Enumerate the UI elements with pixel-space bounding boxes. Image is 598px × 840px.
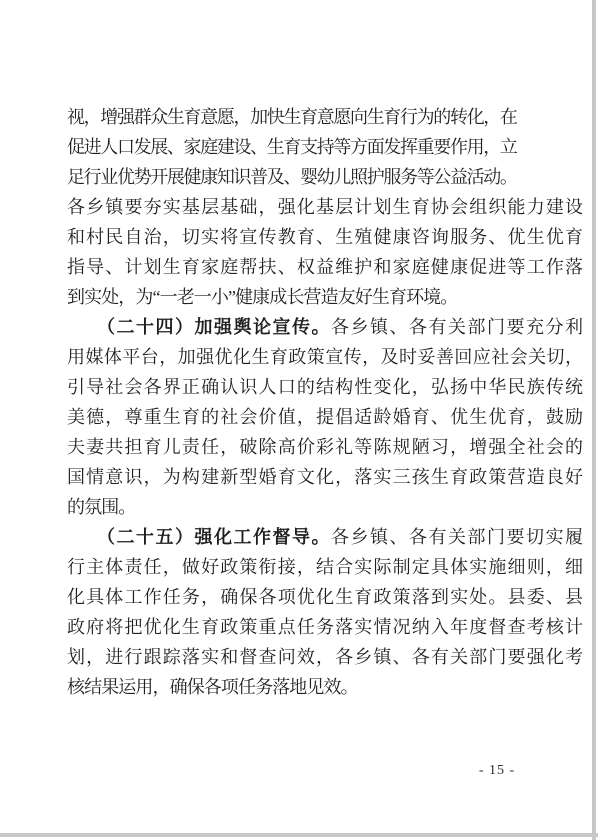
section-heading: （二十五）强化工作督导。 (97, 527, 331, 547)
text-line: 划，进行跟踪落实和督查问效，各乡镇、各有关部门要强化考 (67, 642, 583, 672)
text-line: 促进人口发展、家庭建设、生育支持等方面发挥重要作用，立 (67, 132, 583, 162)
line-text: 足行业优势开展健康知识普及、婴幼儿照护服务等公益活动。 (67, 167, 517, 187)
text-line: 用媒体平台，加强优化生育政策宣传，及时妥善回应社会关切， (67, 342, 583, 372)
text-line: 夫妻共担育儿责任，破除高价彩礼等陈规陋习，增强全社会的 (67, 432, 583, 462)
line-text: 政府将把优化生育政策重点任务落实情况纳入年度督查考核计 (67, 617, 583, 637)
text-line: 和村民自治，切实将宣传教育、生殖健康咨询服务、优生优育 (67, 222, 583, 252)
line-text: 国情意识，为构建新型婚育文化，落实三孩生育政策营造良好 (67, 467, 583, 487)
text-line: 国情意识，为构建新型婚育文化，落实三孩生育政策营造良好 (67, 462, 583, 492)
line-text: 促进人口发展、家庭建设、生育支持等方面发挥重要作用，立 (67, 137, 517, 157)
text-line: 引导社会各界正确认识人口的结构性变化，弘扬中华民族传统 (67, 372, 583, 402)
text-line: 行主体责任，做好政策衔接，结合实际制定具体实施细则，细 (67, 552, 583, 582)
page-number: - 15 - (457, 763, 537, 779)
line-text: 划，进行跟踪落实和督查问效，各乡镇、各有关部门要强化考 (67, 647, 583, 667)
document-body: 视，增强群众生育意愿，加快生育意愿向生育行为的转化，在 促进人口发展、家庭建设、… (67, 102, 583, 702)
text-line: 化具体工作任务，确保各项优化生育政策落到实处。县委、县 (67, 582, 583, 612)
line-text: 化具体工作任务，确保各项优化生育政策落到实处。县委、县 (67, 587, 583, 607)
line-text: 引导社会各界正确认识人口的结构性变化，弘扬中华民族传统 (67, 377, 583, 397)
line-text: 指导、计划生育家庭帮扶、权益维护和家庭健康促进等工作落 (67, 257, 583, 277)
line-text: 各乡镇要夯实基层基础，强化基层计划生育协会组织能力建设 (67, 197, 583, 217)
line-text: 美德，尊重生育的社会价值，提倡适龄婚育、优生优育，鼓励 (67, 407, 583, 427)
text-line: （二十四）加强舆论宣传。各乡镇、各有关部门要充分利 (67, 312, 583, 342)
text-line: 的氛围。 (67, 492, 583, 522)
text-line: 各乡镇要夯实基层基础，强化基层计划生育协会组织能力建设 (67, 192, 583, 222)
text-line: 视，增强群众生育意愿，加快生育意愿向生育行为的转化，在 (67, 102, 583, 132)
line-text: 行主体责任，做好政策衔接，结合实际制定具体实施细则，细 (67, 557, 583, 577)
text-line: 美德，尊重生育的社会价值，提倡适龄婚育、优生优育，鼓励 (67, 402, 583, 432)
line-text: 用媒体平台，加强优化生育政策宣传，及时妥善回应社会关切， (67, 347, 583, 367)
line-text: 核结果运用，确保各项任务落地见效。 (67, 677, 358, 697)
line-text: 的氛围。 (67, 497, 135, 517)
document-page: 视，增强群众生育意愿，加快生育意愿向生育行为的转化，在 促进人口发展、家庭建设、… (0, 0, 598, 840)
line-text: 各乡镇、各有关部门要充分利 (331, 317, 583, 337)
line-text: 夫妻共担育儿责任，破除高价彩礼等陈规陋习，增强全社会的 (67, 437, 583, 457)
text-line: 到实处，为“一老一小”健康成长营造友好生育环境。 (67, 282, 583, 312)
text-line: 核结果运用，确保各项任务落地见效。 (67, 672, 583, 702)
line-text: 各乡镇、各有关部门要切实履 (331, 527, 583, 547)
line-text: 到实处，为“一老一小”健康成长营造友好生育环境。 (67, 287, 457, 307)
text-line: 足行业优势开展健康知识普及、婴幼儿照护服务等公益活动。 (67, 162, 583, 192)
line-text: 视，增强群众生育意愿，加快生育意愿向生育行为的转化，在 (67, 107, 517, 127)
text-line: 指导、计划生育家庭帮扶、权益维护和家庭健康促进等工作落 (67, 252, 583, 282)
line-text: 和村民自治，切实将宣传教育、生殖健康咨询服务、优生优育 (67, 227, 583, 247)
page-edge-shadow-bottom (0, 833, 598, 837)
text-line: （二十五）强化工作督导。各乡镇、各有关部门要切实履 (67, 522, 583, 552)
page-edge-shadow-right (592, 0, 596, 840)
text-line: 政府将把优化生育政策重点任务落实情况纳入年度督查考核计 (67, 612, 583, 642)
section-heading: （二十四）加强舆论宣传。 (97, 317, 331, 337)
